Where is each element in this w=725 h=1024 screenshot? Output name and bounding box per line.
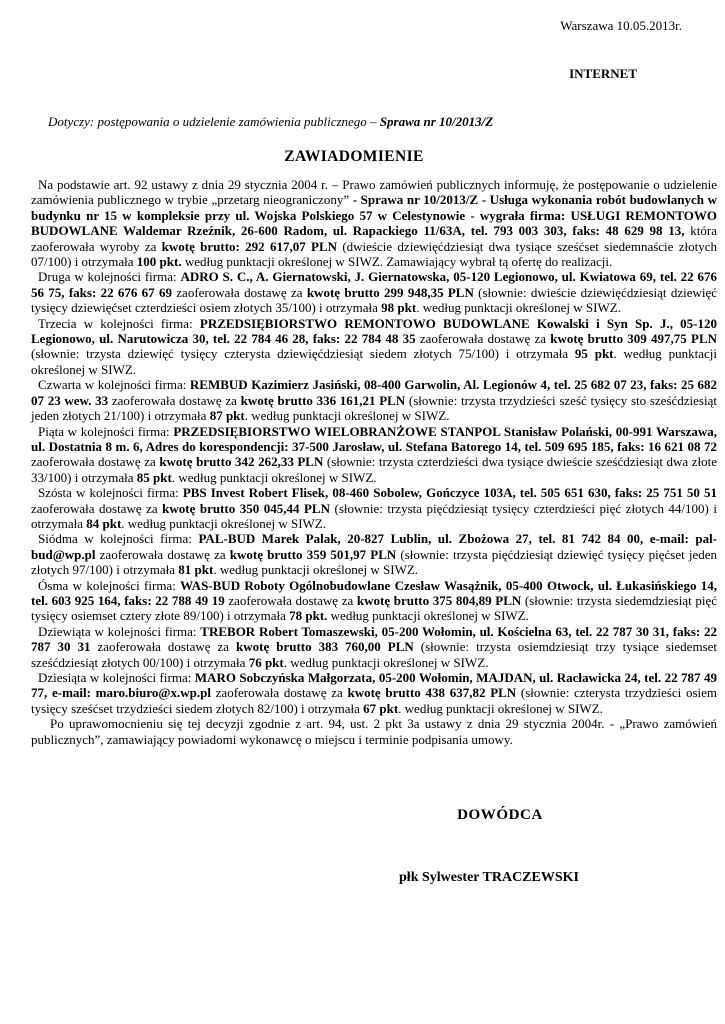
text-run: 78 pkt. [289,608,327,623]
text-run: Dziesiąta w kolejności firma: [38,670,195,685]
text-run: Trzecia w kolejności firma: [38,316,200,331]
text-run: kwotę brutto 336 161,21 PLN [241,393,409,408]
text-run: . według punktacji określonej w SIWZ. [121,516,326,531]
text-run: zaoferowała dostawę za [176,285,307,300]
text-run: Dziewiąta w kolejności firma: [38,624,200,639]
signature-name: płk Sylwester TRACZEWSKI [349,870,629,886]
text-run: . według punktacji określonej w SIWZ. [416,300,621,315]
text-run: 87 pkt [210,408,245,423]
text-run: 81 pkt [178,562,213,577]
text-run: kwotę brutto 309 497,75 PLN [550,331,717,346]
text-run: według punktacji określonej w SIWZ. [327,608,528,623]
text-run: 67 pkt [363,701,398,716]
text-run: . według punktacji określonej w SIWZ. [398,701,603,716]
text-run: 100 pkt. [137,254,182,269]
text-run: 98 pkt [381,300,416,315]
text-run: 76 pkt [249,655,284,670]
document-body: Na podstawie art. 92 ustawy z dnia 29 st… [31,177,717,747]
text-run: Po uprawomocnieniu się tej decyzji zgodn… [31,716,717,746]
subject-case-number: Sprawa nr 10/2013/Z [380,114,493,129]
subject-prefix: Dotyczy: postępowania o udzielenie zamów… [48,114,380,129]
subject-line: Dotyczy: postępowania o udzielenie zamów… [0,114,725,130]
text-run: (słownie: trzysta dziewięć tysięcy czter… [31,346,575,361]
text-run: Szósta w kolejności firma: [38,485,183,500]
document-title: ZAWIADOMIENIE [31,148,677,165]
text-run: . według punktacji określonej w SIWZ. [213,562,418,577]
text-run: zaoferowała dostawę za [31,454,159,469]
text-run: zaoferowała dostawę za [228,593,357,608]
paragraph: Dziewiąta w kolejności firma: TREBOR Rob… [31,624,717,670]
delivery-method-label: INTERNET [0,66,725,81]
text-run: zaoferowała dostawę za [31,501,162,516]
text-run: kwotę brutto: 292 617,07 PLN [162,239,343,254]
text-run: zaoferowała dostawę za [216,685,348,700]
paragraph: Czwarta w kolejności firma: REMBUD Kazim… [31,377,717,423]
text-run: zaoferowała dostawę za [112,393,241,408]
text-run: . według punktacji określonej w SIWZ. [284,655,489,670]
text-run: Piąta w kolejności firma: [38,424,173,439]
text-run: . według punktacji określonej w SIWZ. [245,408,450,423]
document-page: Warszawa 10.05.2013r. INTERNET Dotyczy: … [0,0,725,1024]
paragraph: Dziesiąta w kolejności firma: MARO Sobcz… [31,670,717,716]
place-date: Warszawa 10.05.2013r. [0,0,725,33]
text-run: PBS Invest Robert Flisek, 08-460 Sobolew… [183,485,717,500]
paragraph: Siódma w kolejności firma: PAL-BUD Marek… [31,531,717,577]
paragraph: Ósma w kolejności firma: WAS-BUD Roboty … [31,578,717,624]
text-run: . według punktacji określonej w SIWZ. [172,470,377,485]
text-run: kwotę brutto 342 262,33 PLN [159,454,327,469]
text-run: zaoferowała dostawę za [97,639,236,654]
text-run: zaoferowała dostawę za [420,331,550,346]
text-run: kwotę brutto 350 045,44 PLN [162,501,334,516]
text-run: kwotę brutto 299 948,35 PLN [307,285,478,300]
text-run: według punktacji określonej w SIWZ. Zama… [182,254,613,269]
paragraph: Szósta w kolejności firma: PBS Invest Ro… [31,485,717,531]
text-run: zaoferowała dostawę za [100,547,230,562]
paragraph: Na podstawie art. 92 ustawy z dnia 29 st… [31,177,717,269]
text-run: kwotę brutto 438 637,82 PLN [347,685,520,700]
text-run: 85 pkt [137,470,172,485]
paragraph: Druga w kolejności firma: ADRO S. C., A.… [31,269,717,315]
signature-block: DOWÓDCA płk Sylwester TRACZEWSKI [0,807,725,886]
signature-role: DOWÓDCA [410,807,590,824]
text-run: kwotę brutto 383 760,00 PLN [236,639,421,654]
paragraph: Trzecia w kolejności firma: PRZEDSIĘBIOR… [31,316,717,378]
text-run: kwotę brutto 359 501,97 PLN [230,547,401,562]
paragraph: Piąta w kolejności firma: PRZEDSIĘBIORST… [31,424,717,486]
paragraph: Po uprawomocnieniu się tej decyzji zgodn… [31,716,717,747]
text-run: Siódma w kolejności firma: [38,531,198,546]
text-run: Czwarta w kolejności firma: [38,377,190,392]
text-run: 95 pkt [575,346,614,361]
text-run: kwotę brutto 375 804,89 PLN [357,593,525,608]
text-run: 84 pkt [86,516,121,531]
text-run: Druga w kolejności firma: [38,269,180,284]
text-run: Ósma w kolejności firma: [38,578,180,593]
